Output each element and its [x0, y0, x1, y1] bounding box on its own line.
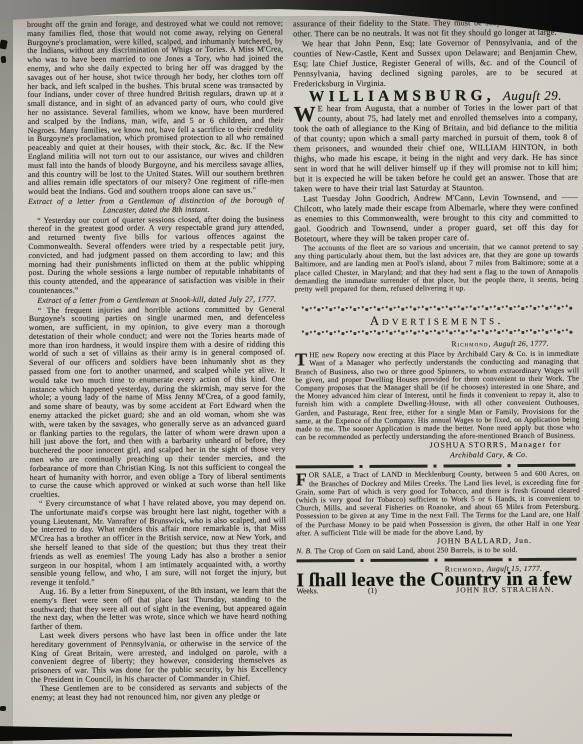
news-paragraph-mccrea: “ Every circumstance of what I have rela…	[30, 498, 287, 588]
left-column: brought off the grain and forage, and de…	[27, 19, 287, 702]
signature-cary-firm: Archibald Cary, & Co.	[296, 450, 580, 462]
signature-strachan: JOHN RO. STRACHAN.	[456, 585, 554, 596]
masthead-date: Auguſt 29.	[503, 91, 562, 101]
scan-smudge	[0, 706, 6, 711]
newspaper-page: brought off the grain and forage, and de…	[0, 0, 583, 744]
drop-cap-t: T	[295, 352, 309, 367]
dateline-ropery-date: Auguſt 26, 1777.	[494, 339, 549, 348]
news-paragraph-augusta-text: E hear from Augusta, that a number of To…	[294, 103, 578, 194]
ad-land-text: OR SALE, a Tract of LAND in Mecklenburg …	[296, 469, 580, 537]
nota-bene-label: N. B.	[296, 546, 312, 555]
masthead-williamsburg: WILLIAMSBURG, Auguſt 29.	[293, 91, 577, 103]
news-paragraph-goodrich: Last Tuesday John Goodrich, Andrew M'Can…	[294, 193, 578, 245]
news-paragraph-parole: Last week divers persons who have last b…	[31, 630, 287, 684]
news-paragraph-penn: We hear that John Penn, Esq; late Govern…	[293, 38, 577, 90]
scan-smudge	[1, 56, 7, 64]
ad-ropery-text: HE new Ropery now erecting at this Place…	[295, 349, 579, 442]
news-paragraph-augusta: WE hear from Augusta, that a number of T…	[294, 103, 579, 195]
masthead-city: WILLIAMSBURG,	[309, 91, 495, 102]
page-content: brought off the grain and forage, and de…	[27, 18, 581, 703]
ad-ropery-body: THE new Ropery now erecting at this Plac…	[295, 350, 580, 442]
news-paragraph-snookkill: “ The frequent injuries and horrible act…	[29, 305, 286, 500]
section-rule-2	[296, 558, 580, 563]
ad-land-nota-bene: N. B. The Crop of Corn on said Land, abo…	[296, 546, 580, 556]
ornament-divider-bottom	[301, 328, 573, 338]
scan-edge-bottom	[0, 722, 512, 741]
dateline-ropery-city: Richmond,	[451, 339, 491, 348]
nota-bene-text: The Crop of Corn on said Land, about 250…	[314, 545, 517, 555]
news-paragraph-fleet: The accounts of the fleet are so various…	[294, 243, 578, 294]
page-mark: (1)	[368, 586, 377, 596]
drop-cap-f: F	[296, 472, 309, 487]
extract-heading-lancaster: Extract of a letter from a Gentleman of …	[28, 196, 284, 215]
drop-cap-w: W	[294, 104, 318, 122]
news-paragraph-sinepuxent: Aug. 16. By a letter from Sinepuxent, of…	[30, 586, 286, 632]
news-paragraph-burgoyne: brought off the grain and forage, and de…	[27, 19, 284, 196]
advertisements-heading: Advertisements.	[295, 315, 579, 327]
ad-land-body: FOR SALE, a Tract of LAND in Mecklenburg…	[296, 470, 580, 537]
ornament-divider-top	[301, 304, 573, 314]
news-paragraph-subjects: These Gentlemen are to be considered as …	[31, 683, 287, 702]
news-paragraph-lancaster: “ Yesterday our court of quarter session…	[28, 215, 284, 296]
ad-strachan-headline-tail: Weeks.	[296, 587, 318, 597]
scan-edge-left	[0, 0, 13, 744]
right-column: assurance of their fidelity to the State…	[293, 18, 581, 701]
